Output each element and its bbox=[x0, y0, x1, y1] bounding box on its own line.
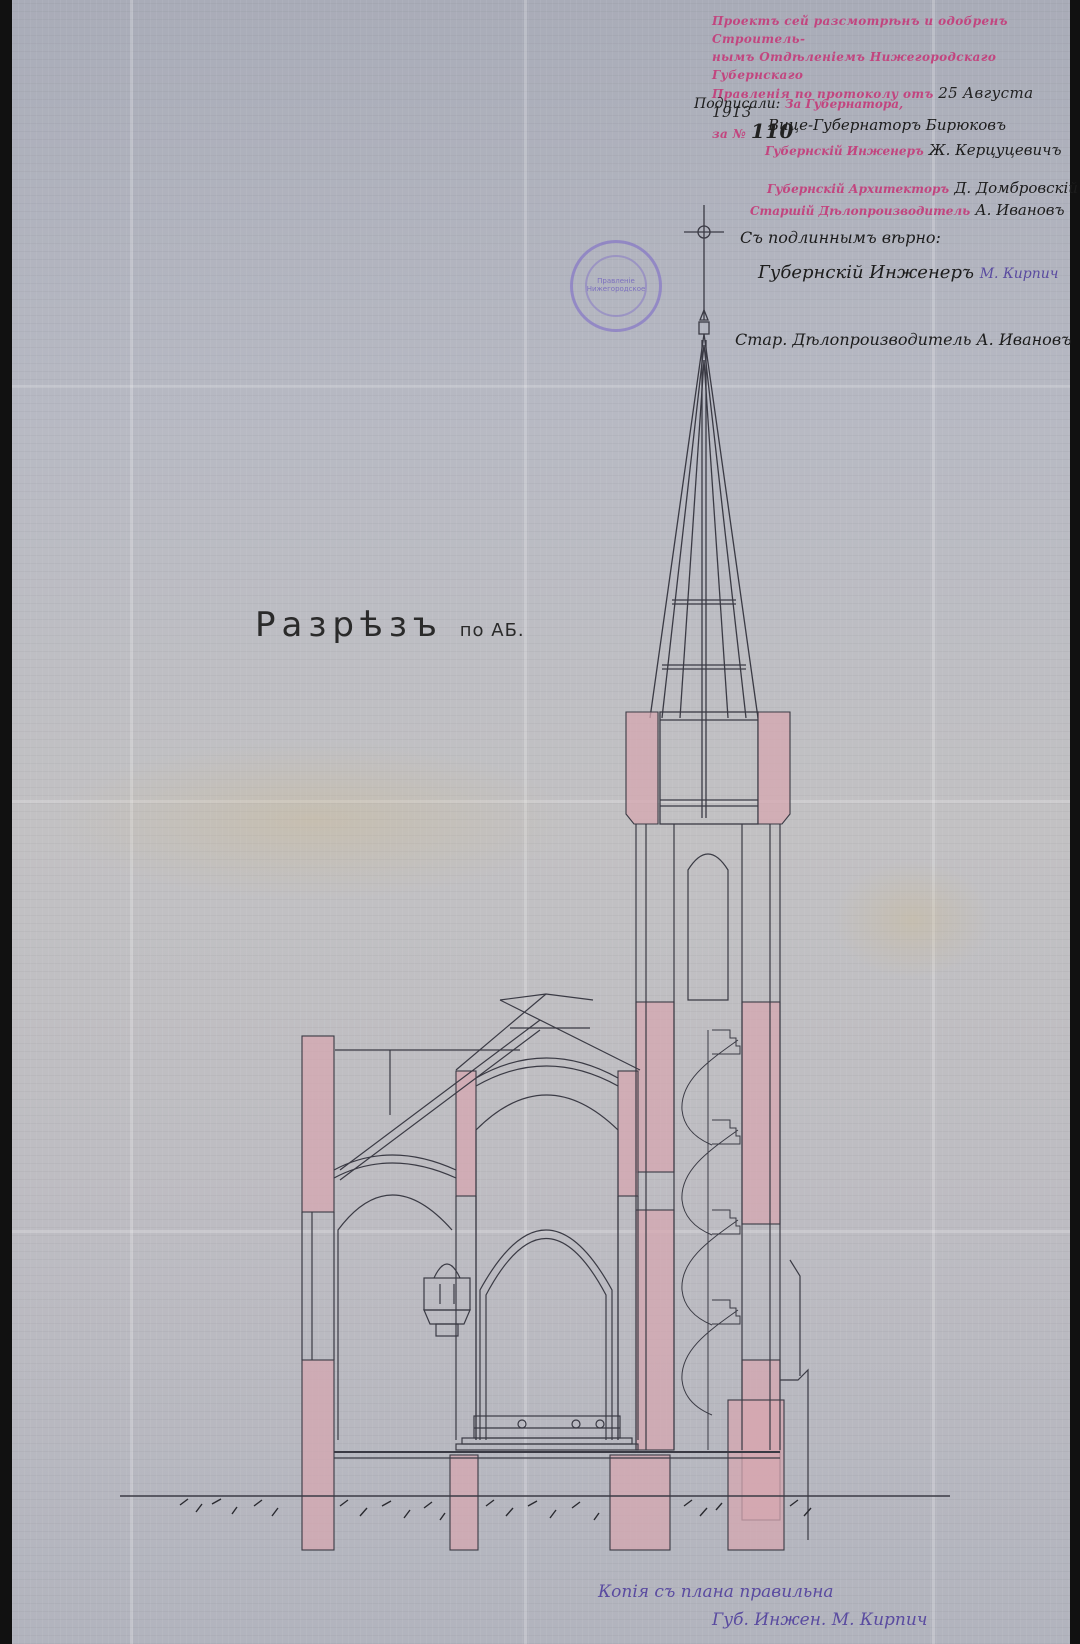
altar-rail bbox=[456, 1416, 638, 1450]
bottom-note-line-2: Губ. Инжен. М. Кирпич bbox=[712, 1610, 927, 1630]
spiral-staircase bbox=[682, 1030, 740, 1450]
pulpit bbox=[424, 1264, 470, 1336]
bottom-note-line-1: Копiя съ плана правильна bbox=[598, 1582, 834, 1602]
church-section-drawing bbox=[0, 0, 1080, 1644]
nave-roof bbox=[335, 994, 640, 1180]
wall-sections bbox=[302, 712, 790, 1550]
spire bbox=[650, 334, 758, 818]
ground-hatching bbox=[180, 1499, 811, 1520]
cross-icon bbox=[684, 205, 724, 334]
